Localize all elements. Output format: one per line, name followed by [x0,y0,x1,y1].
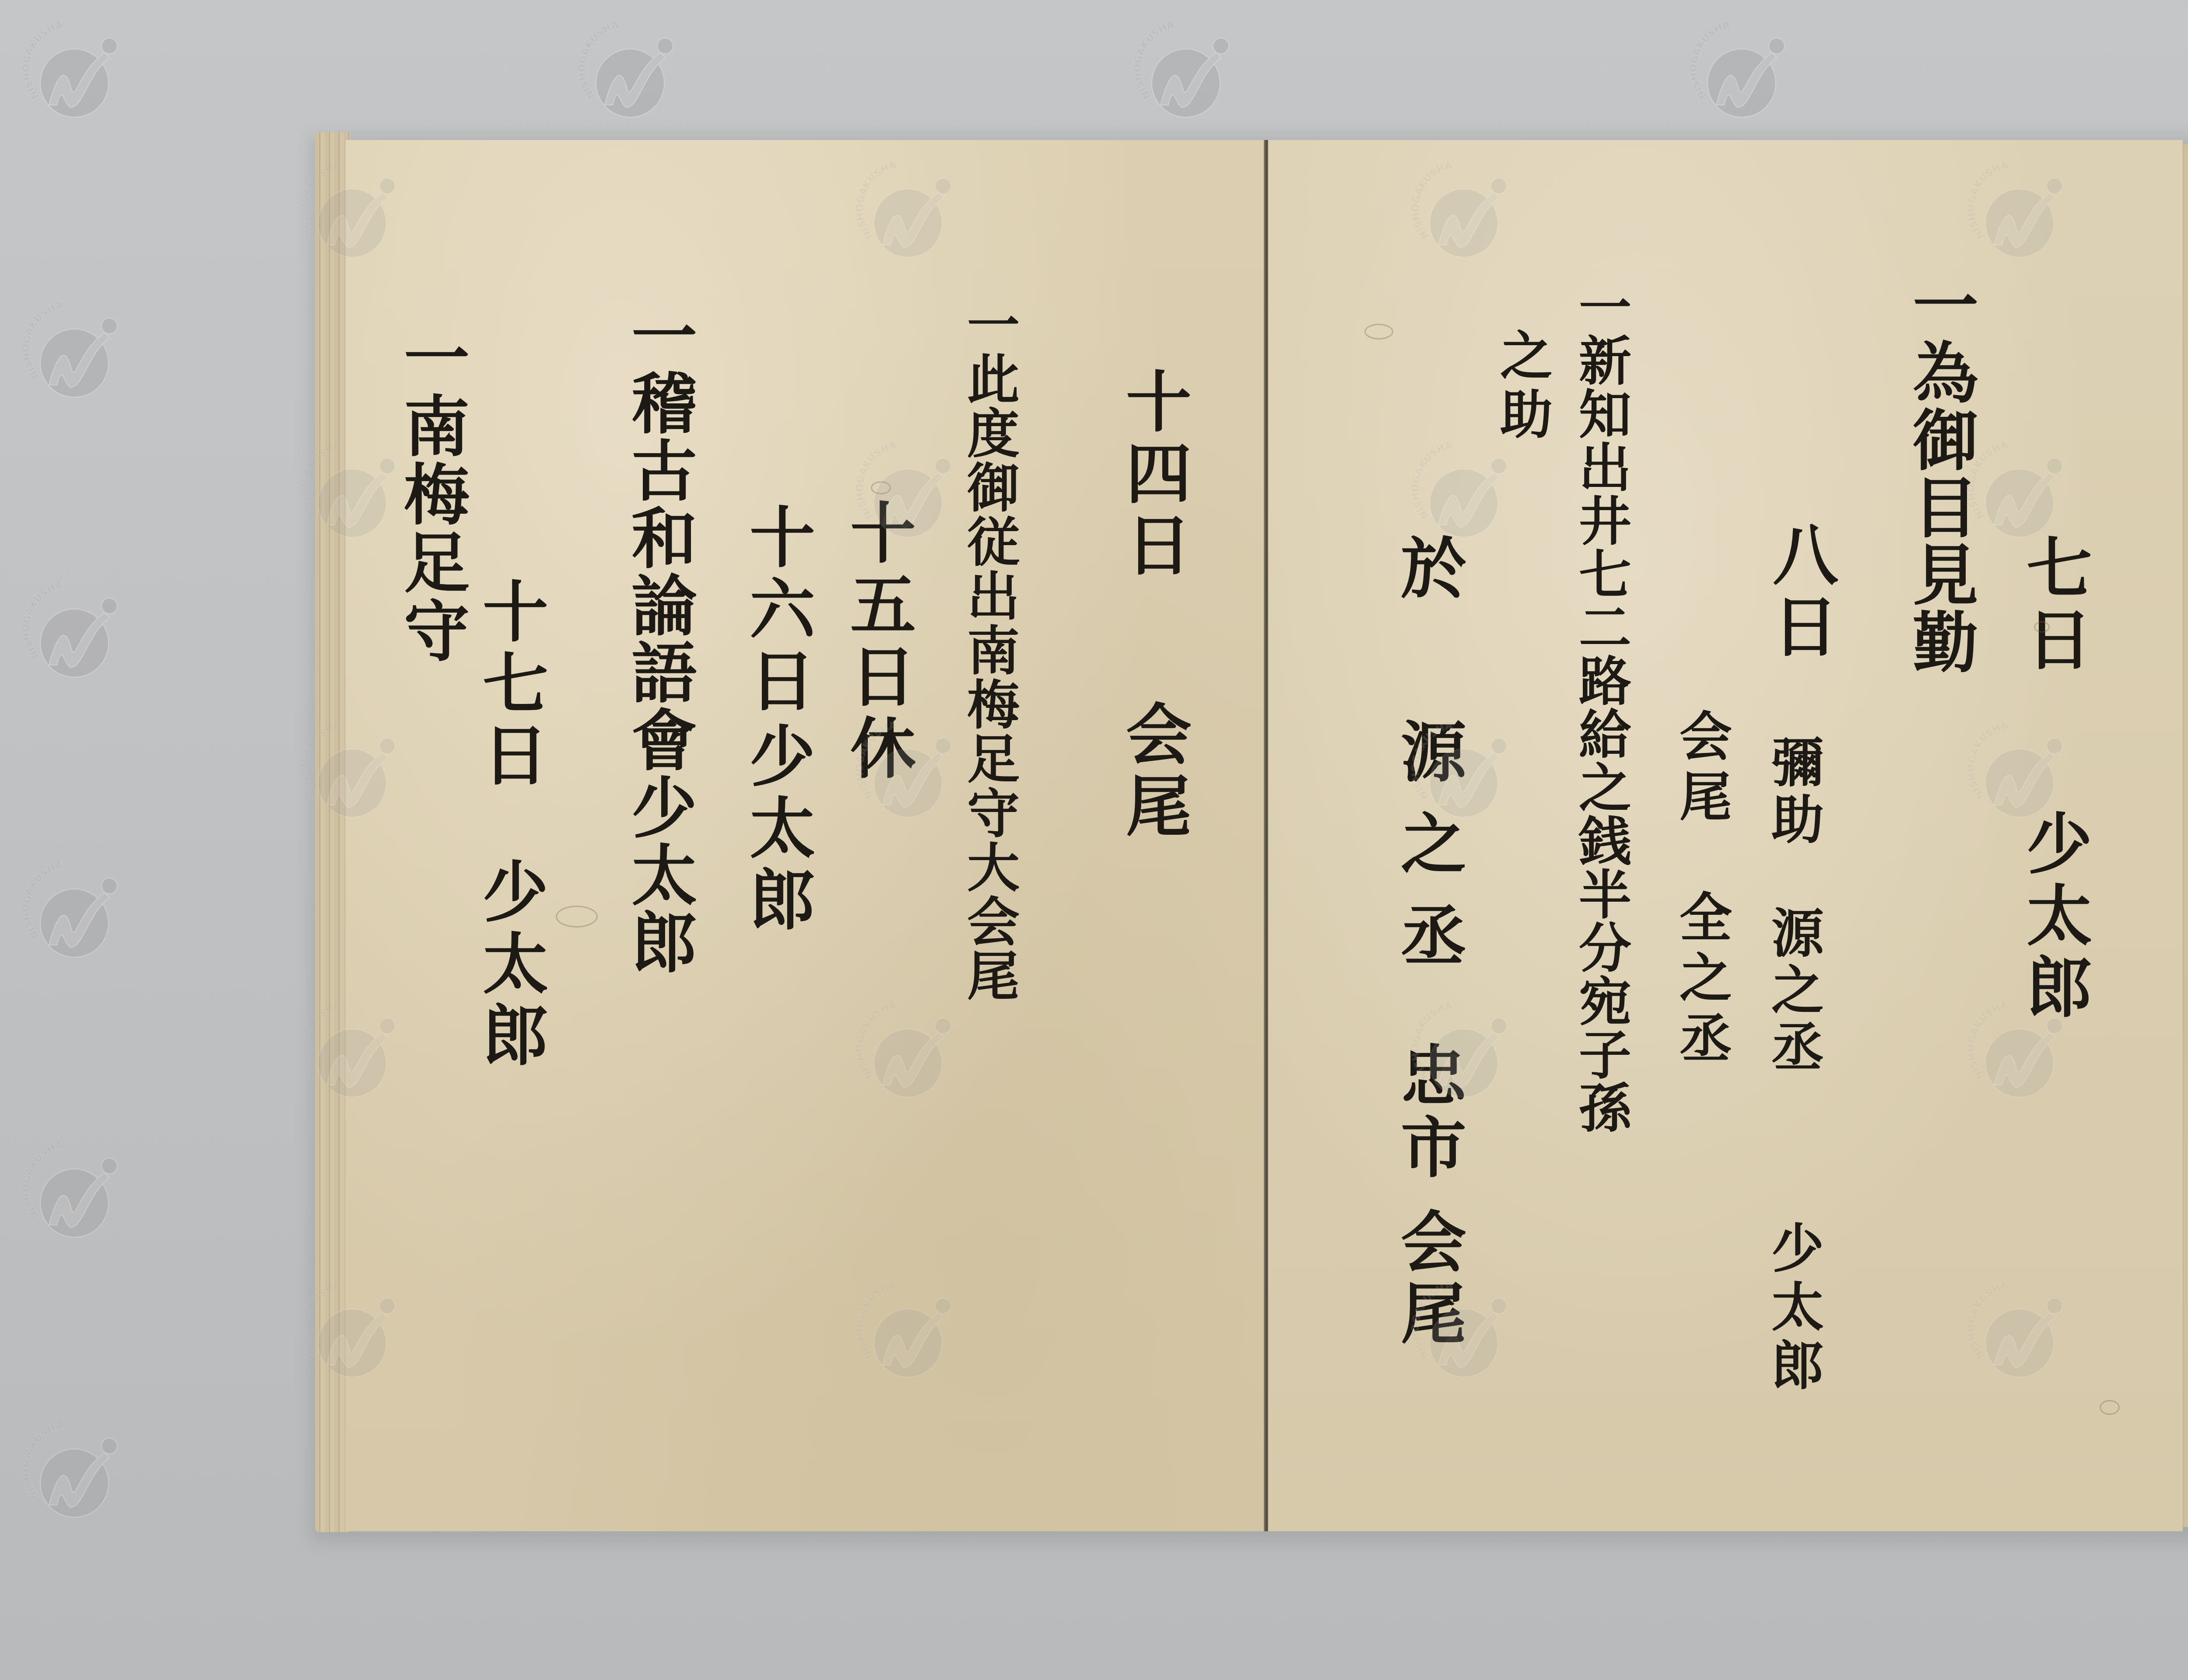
watermark-text: NISHOGAKUSHA [22,22,64,101]
watermark-text: NISHOGAKUSHA [578,22,620,101]
text-column: 少太郎 [744,722,810,937]
text-column: 於 源之丞 [1395,534,1461,993]
nishogakusha-logo-icon: NISHOGAKUSHA [22,1142,127,1247]
right-page: 七日 一為御目見勤 少太郎 八日 彌助 源之丞 会尾 全之丞 少太郎 一新知出井… [1268,140,2183,1531]
text-column: 十四日 [1120,367,1186,583]
watermark-text: NISHOGAKUSHA [22,1422,64,1501]
svg-text:NISHOGAKUSHA: NISHOGAKUSHA [22,582,64,661]
text-column: 一為御目見勤 [1907,271,1973,675]
left-page: 十四日 会尾 一此度御従出南梅足守大会尾 十五日休 十六日 少太郎 一稽古和論語… [346,140,1266,1531]
text-column: 十七日 [477,577,543,793]
nishogakusha-logo-icon: NISHOGAKUSHA [578,22,683,127]
nishogakusha-logo-icon: NISHOGAKUSHA [1689,22,1794,127]
text-column: 会尾 [1395,1207,1461,1351]
paper-stain [556,906,598,927]
svg-text:NISHOGAKUSHA: NISHOGAKUSHA [22,1422,64,1501]
nishogakusha-logo-icon: NISHOGAKUSHA [22,582,127,687]
watermark-text: NISHOGAKUSHA [22,582,64,661]
text-column: 少太郎 [1767,1221,1820,1396]
watermark-text: NISHOGAKUSHA [22,1142,64,1221]
paper-stain [2100,1400,2120,1415]
text-column: 会尾 全之丞 [1675,709,1728,1071]
watermark-text: NISHOGAKUSHA [22,862,64,941]
text-column: 十五日休 [845,499,910,786]
text-column: 少太郎 [477,857,543,1073]
svg-text:NISHOGAKUSHA: NISHOGAKUSHA [22,862,64,941]
text-column: 七日 [2021,534,2086,677]
text-column: 一稽古和論語會少太郎 [626,302,691,976]
svg-text:NISHOGAKUSHA: NISHOGAKUSHA [22,1142,64,1221]
svg-text:NISHOGAKUSHA: NISHOGAKUSHA [22,302,64,381]
nishogakusha-logo-icon: NISHOGAKUSHA [22,1422,127,1527]
text-column: 彌助 源之丞 [1767,735,1820,1076]
svg-text:NISHOGAKUSHA: NISHOGAKUSHA [578,22,620,101]
paper-stain [871,481,891,494]
paper-stain [2034,621,2050,633]
text-column: 忠市 [1395,1041,1461,1185]
watermark-text: NISHOGAKUSHA [1133,22,1175,101]
nishogakusha-logo-icon: NISHOGAKUSHA [22,862,127,967]
svg-text:NISHOGAKUSHA: NISHOGAKUSHA [1133,22,1175,101]
text-column: 之助 [1496,328,1548,445]
text-column: 八日 [1767,521,1833,664]
left-page-edges [315,132,350,1532]
watermark-text: NISHOGAKUSHA [1689,22,1731,101]
nishogakusha-logo-icon: NISHOGAKUSHA [22,302,127,407]
text-column: 十六日 [744,503,810,718]
svg-text:NISHOGAKUSHA: NISHOGAKUSHA [22,22,64,101]
svg-text:NISHOGAKUSHA: NISHOGAKUSHA [1689,22,1731,101]
nishogakusha-logo-icon: NISHOGAKUSHA [1133,22,1238,127]
watermark-text: NISHOGAKUSHA [22,302,64,381]
text-column: 少太郎 [2021,809,2086,1025]
nishogakusha-logo-icon: NISHOGAKUSHA [22,22,127,127]
open-book: 十四日 会尾 一此度御従出南梅足守大会尾 十五日休 十六日 少太郎 一稽古和論語… [315,127,2188,1533]
text-column: 一新知出井七二路給之銭半分宛子孫 [1574,280,1627,1134]
text-column: 一南梅足守 [398,324,464,665]
text-column: 一此度御従出南梅足守大会尾 [963,297,1015,1003]
text-column: 会尾 [1120,700,1186,843]
paper-stain [1364,324,1393,339]
